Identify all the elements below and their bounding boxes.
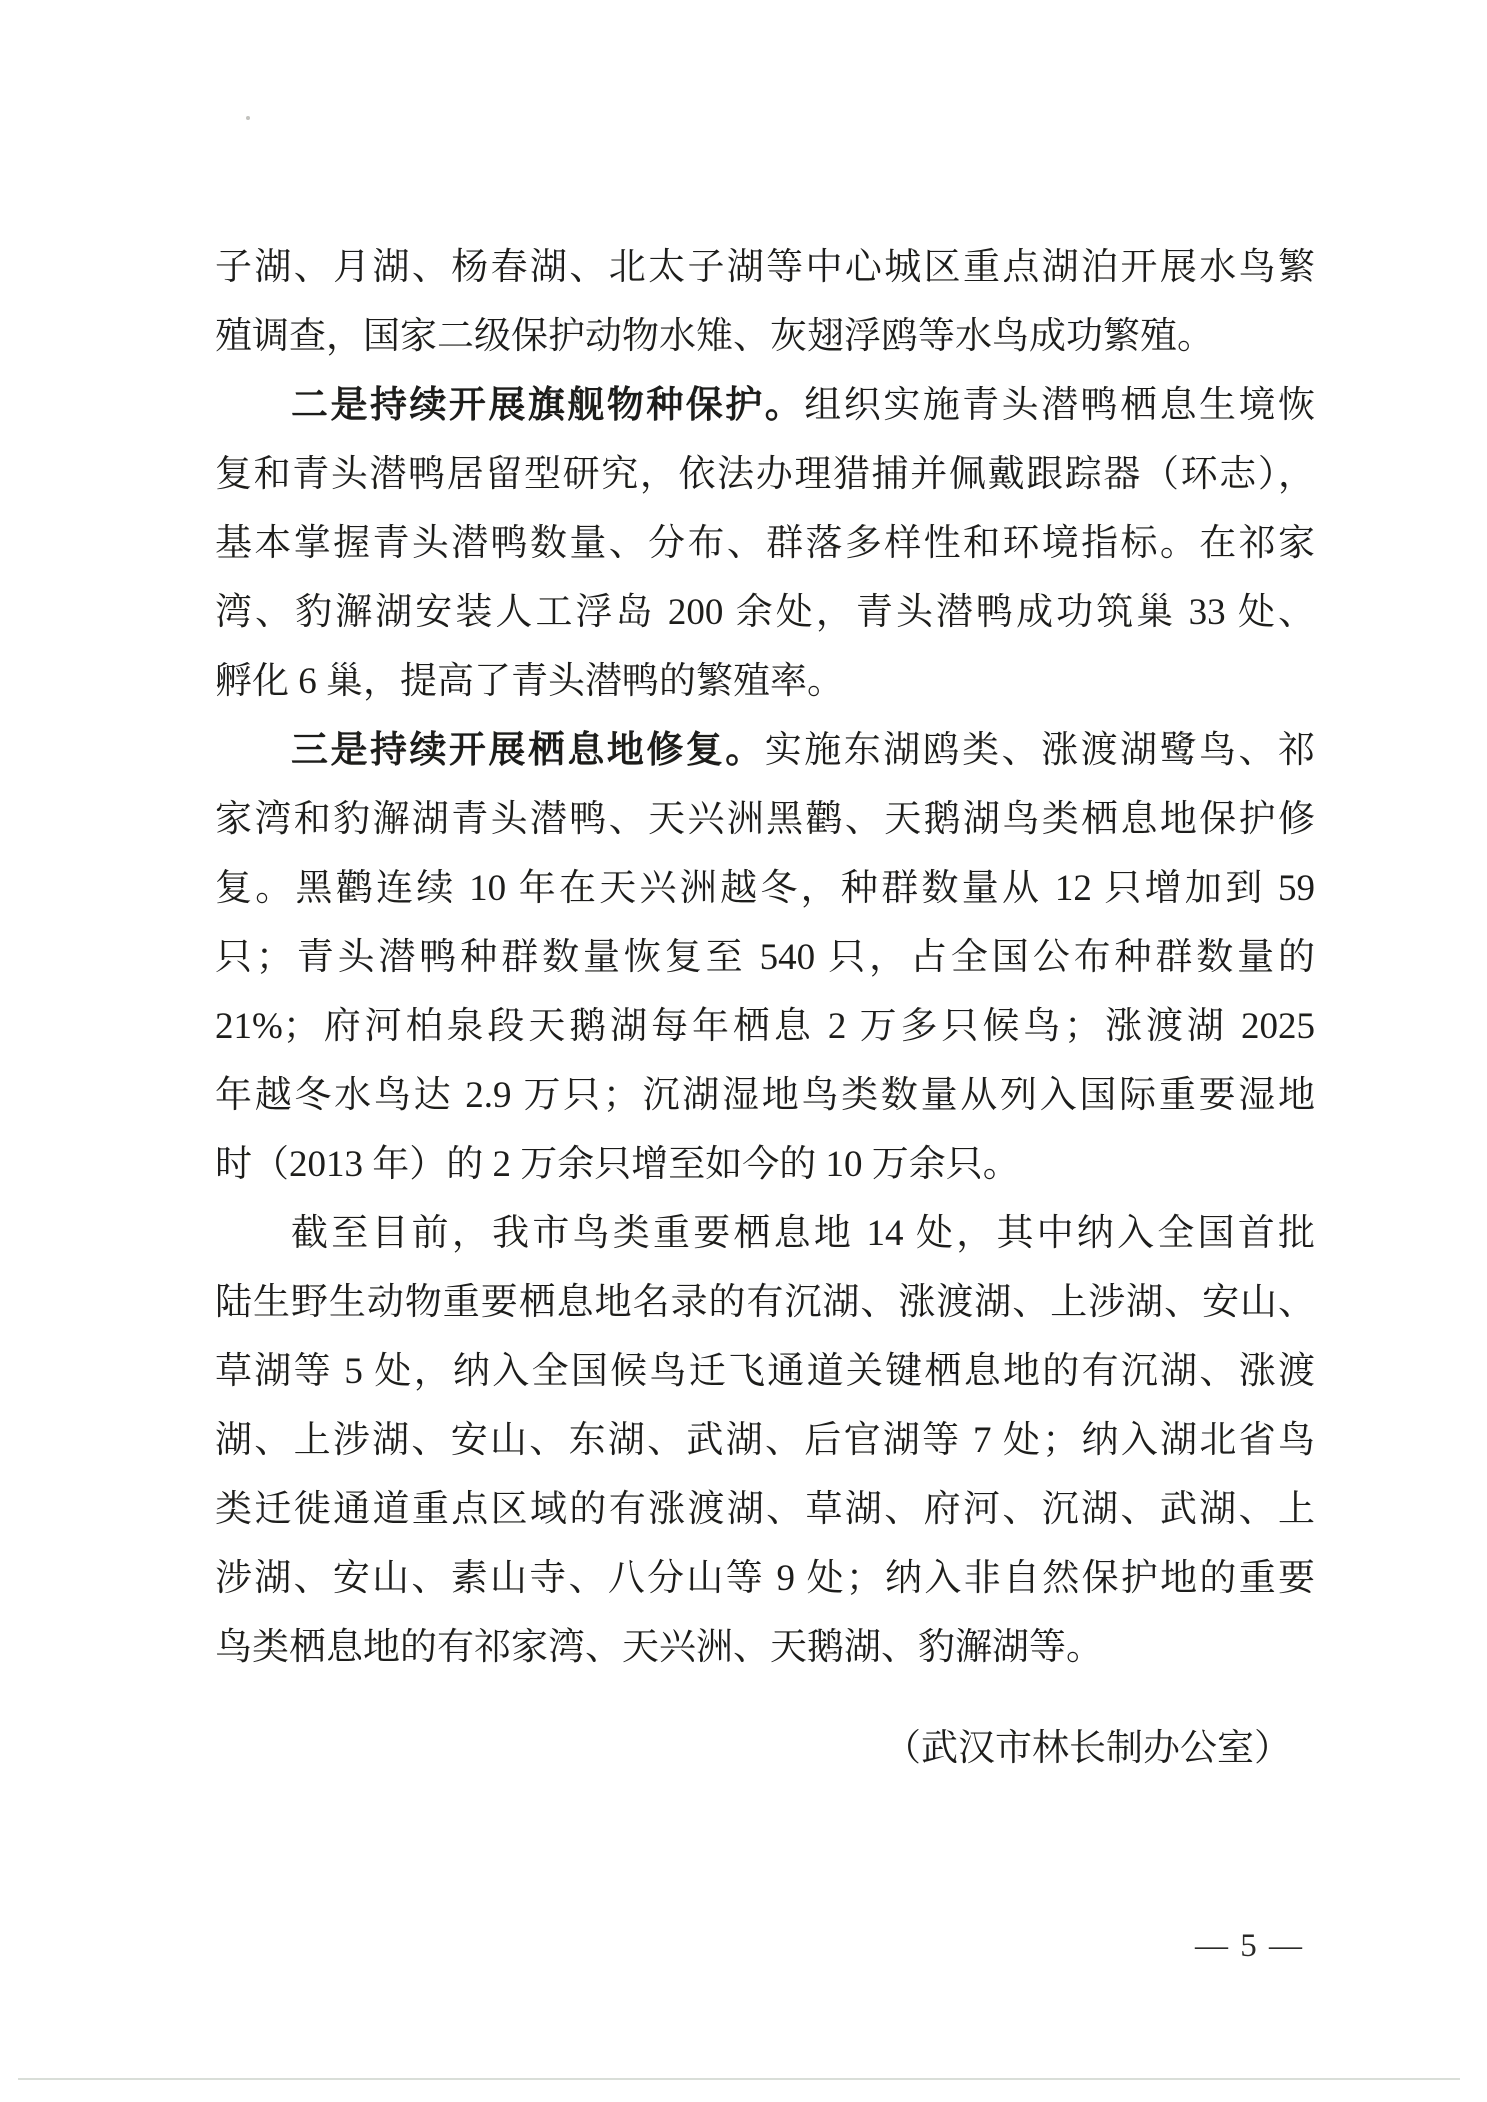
text-segment: 湖、上涉湖、安山、东湖、武湖、后官湖等 7 处；纳入湖北省鸟 (215, 1420, 1315, 1461)
text-line: 湖、上涉湖、安山、东湖、武湖、后官湖等 7 处；纳入湖北省鸟 (215, 1406, 1315, 1475)
text-segment: 年越冬水鸟达 2.9 万只；沉湖湿地鸟类数量从列入国际重要湿地 (215, 1075, 1315, 1116)
signature-line: （武汉市林长制办公室） (215, 1714, 1315, 1783)
text-segment: 截至目前，我市鸟类重要栖息地 14 处，其中纳入全国首批 (291, 1213, 1315, 1254)
text-line: 基本掌握青头潜鸭数量、分布、群落多样性和环境指标。在祁家 (215, 509, 1315, 578)
text-segment: 基本掌握青头潜鸭数量、分布、群落多样性和环境指标。在祁家 (215, 523, 1315, 564)
text-line: 三是持续开展栖息地修复。实施东湖鸥类、涨渡湖鹭鸟、祁 (215, 716, 1315, 785)
emphasis-segment: 二是持续开展旗舰物种保护。 (291, 385, 804, 426)
scanned-document-page: { "page": { "page_number": "— 5 —", "bac… (0, 0, 1487, 2102)
text-segment: 复和青头潜鸭居留型研究，依法办理猎捕并佩戴跟踪器（环志）， (215, 454, 1315, 495)
text-line: 21%；府河柏泉段天鹅湖每年栖息 2 万多只候鸟；涨渡湖 2025 (215, 992, 1315, 1061)
text-line: 草湖等 5 处，纳入全国候鸟迁飞通道关键栖息地的有沉湖、涨渡 (215, 1337, 1315, 1406)
text-line: 子湖、月湖、杨春湖、北太子湖等中心城区重点湖泊开展水鸟繁 (215, 233, 1315, 302)
text-segment: 草湖等 5 处，纳入全国候鸟迁飞通道关键栖息地的有沉湖、涨渡 (215, 1351, 1315, 1392)
document-body: 子湖、月湖、杨春湖、北太子湖等中心城区重点湖泊开展水鸟繁 殖调查，国家二级保护动… (215, 233, 1315, 1783)
text-segment: 涉湖、安山、素山寺、八分山等 9 处；纳入非自然保护地的重要 (215, 1558, 1315, 1599)
text-segment: 陆生野生动物重要栖息地名录的有沉湖、涨渡湖、上涉湖、安山、 (215, 1282, 1315, 1323)
text-segment: 实施东湖鸥类、涨渡湖鹭鸟、祁 (765, 730, 1315, 771)
text-line: 陆生野生动物重要栖息地名录的有沉湖、涨渡湖、上涉湖、安山、 (215, 1268, 1315, 1337)
text-line: 年越冬水鸟达 2.9 万只；沉湖湿地鸟类数量从列入国际重要湿地 (215, 1061, 1315, 1130)
text-line: 复和青头潜鸭居留型研究，依法办理猎捕并佩戴跟踪器（环志）， (215, 440, 1315, 509)
scan-speck (246, 116, 250, 120)
text-segment: 类迁徙通道重点区域的有涨渡湖、草湖、府河、沉湖、武湖、上 (215, 1489, 1315, 1530)
signature-text: （武汉市林长制办公室） (884, 1728, 1291, 1769)
emphasis-segment: 三是持续开展栖息地修复。 (291, 730, 765, 771)
text-line: 家湾和豹澥湖青头潜鸭、天兴洲黑鹳、天鹅湖鸟类栖息地保护修 (215, 785, 1315, 854)
text-segment: 21%；府河柏泉段天鹅湖每年栖息 2 万多只候鸟；涨渡湖 2025 (215, 1006, 1315, 1047)
text-segment: 殖调查，国家二级保护动物水雉、灰翅浮鸥等水鸟成功繁殖。 (215, 316, 1214, 357)
text-line: 只；青头潜鸭种群数量恢复至 540 只，占全国公布种群数量的 (215, 923, 1315, 992)
text-line: 湾、豹澥湖安装人工浮岛 200 余处，青头潜鸭成功筑巢 33 处、 (215, 578, 1315, 647)
text-segment: 子湖、月湖、杨春湖、北太子湖等中心城区重点湖泊开展水鸟繁 (215, 247, 1315, 288)
page-number: — 5 — (1195, 1928, 1304, 1965)
text-line: 截至目前，我市鸟类重要栖息地 14 处，其中纳入全国首批 (215, 1199, 1315, 1268)
text-segment: 只；青头潜鸭种群数量恢复至 540 只，占全国公布种群数量的 (215, 937, 1315, 978)
text-segment: 鸟类栖息地的有祁家湾、天兴洲、天鹅湖、豹澥湖等。 (215, 1627, 1103, 1668)
text-line: 涉湖、安山、素山寺、八分山等 9 处；纳入非自然保护地的重要 (215, 1544, 1315, 1613)
text-segment: 复。黑鹳连续 10 年在天兴洲越冬，种群数量从 12 只增加到 59 (215, 868, 1315, 909)
text-line: 二是持续开展旗舰物种保护。组织实施青头潜鸭栖息生境恢 (215, 371, 1315, 440)
scan-edge-line (18, 2078, 1460, 2080)
text-line: 孵化 6 巢，提高了青头潜鸭的繁殖率。 (215, 647, 1315, 716)
text-segment: 时（2013 年）的 2 万余只增至如今的 10 万余只。 (215, 1144, 1020, 1185)
text-segment: 湾、豹澥湖安装人工浮岛 200 余处，青头潜鸭成功筑巢 33 处、 (215, 592, 1315, 633)
text-line: 鸟类栖息地的有祁家湾、天兴洲、天鹅湖、豹澥湖等。 (215, 1613, 1315, 1682)
text-segment: 孵化 6 巢，提高了青头潜鸭的繁殖率。 (215, 661, 844, 702)
text-segment: 组织实施青头潜鸭栖息生境恢 (804, 385, 1315, 426)
text-line: 时（2013 年）的 2 万余只增至如今的 10 万余只。 (215, 1130, 1315, 1199)
text-segment: 家湾和豹澥湖青头潜鸭、天兴洲黑鹳、天鹅湖鸟类栖息地保护修 (215, 799, 1315, 840)
text-line: 类迁徙通道重点区域的有涨渡湖、草湖、府河、沉湖、武湖、上 (215, 1475, 1315, 1544)
text-line: 殖调查，国家二级保护动物水雉、灰翅浮鸥等水鸟成功繁殖。 (215, 302, 1315, 371)
text-line: 复。黑鹳连续 10 年在天兴洲越冬，种群数量从 12 只增加到 59 (215, 854, 1315, 923)
